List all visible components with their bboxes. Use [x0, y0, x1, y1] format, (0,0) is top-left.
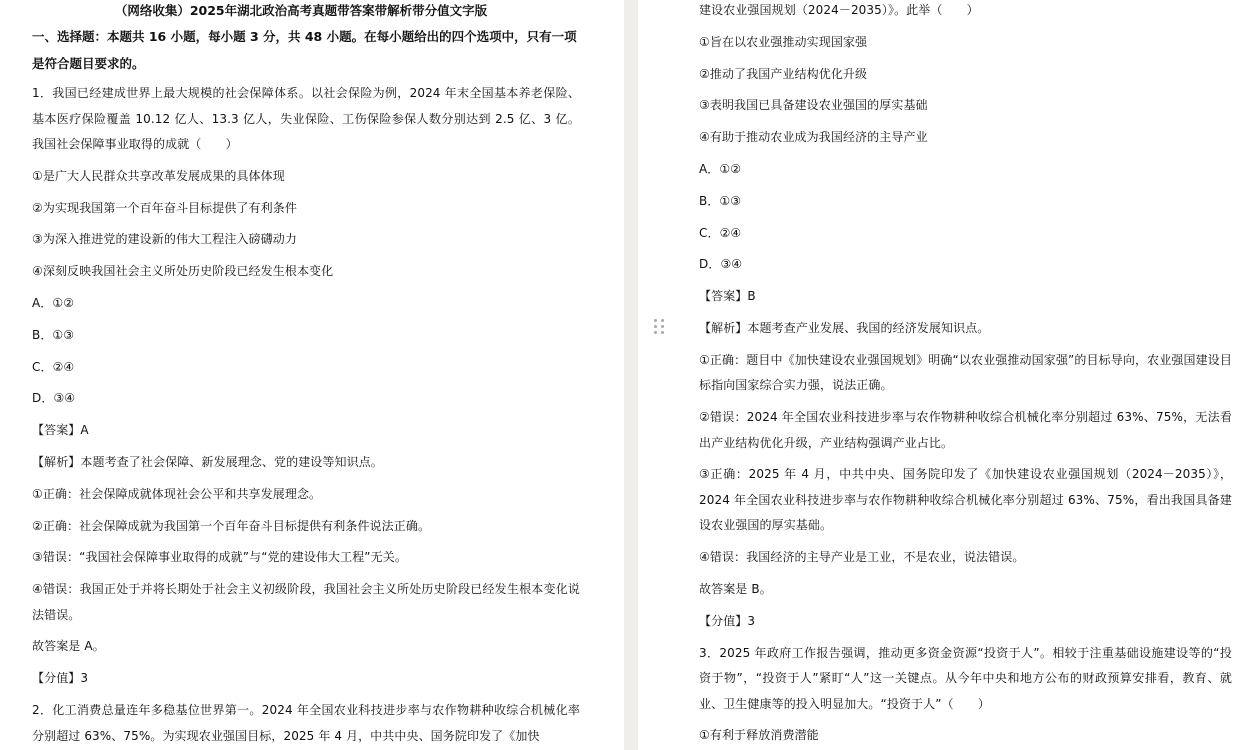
q1-analysis-point-3: ③错误：“我国社会保障事业取得的成就”与“党的建设伟大工程”无关。 [32, 545, 580, 571]
q2-statement-3: ③表明我国已具备建设农业强国的厚实基础 [699, 93, 1232, 119]
drag-dot [654, 325, 657, 328]
document-title: （网络收集）2025年湖北政治高考真题带答案带解析带分值文字版 [32, 3, 580, 19]
q2-answer: 【答案】B [699, 284, 1232, 310]
q2-option-a: A．①② [699, 157, 1232, 183]
q2-statement-1: ①旨在以农业强推动实现国家强 [699, 30, 1232, 56]
q1-conclusion: 故答案是 A。 [32, 634, 580, 660]
q2-score: 【分值】3 [699, 609, 1232, 635]
question-2-stem-end: 建设农业强国规划（2024－2035）》。此举（ ） [699, 0, 1232, 24]
drag-dot [654, 331, 657, 334]
question-3-stem: 3．2025 年政府工作报告强调，推动更多资金资源“投资于人”。相较于注重基础设… [699, 641, 1232, 718]
q1-answer: 【答案】A [32, 418, 580, 444]
document-page-left: （网络收集）2025年湖北政治高考真题带答案带解析带分值文字版 一、选择题：本题… [0, 0, 624, 750]
drag-handle-icon[interactable] [654, 319, 666, 335]
q2-analysis-point-4: ④错误：我国经济的主导产业是工业，不是农业，说法错误。 [699, 545, 1232, 571]
q2-analysis-point-2: ②错误：2024 年全国农业科技进步率与农作物耕种收综合机械化率分别超过 63%… [699, 405, 1232, 456]
q2-option-c: C．②④ [699, 221, 1232, 247]
document-page-right: 建设农业强国规划（2024－2035）》。此举（ ） ①旨在以农业强推动实现国家… [638, 0, 1260, 750]
q2-analysis-point-1: ①正确：题目中《加快建设农业强国规划》明确“以农业强推动国家强”的目标导向，农业… [699, 348, 1232, 399]
q1-analysis-point-2: ②正确：社会保障成就为我国第一个百年奋斗目标提供有利条件说法正确。 [32, 514, 580, 540]
drag-dot [661, 331, 664, 334]
q2-conclusion: 故答案是 B。 [699, 577, 1232, 603]
q1-analysis-intro: 【解析】本题考查了社会保障、新发展理念、党的建设等知识点。 [32, 450, 580, 476]
q1-analysis-point-1: ①正确：社会保障成就体现社会公平和共享发展理念。 [32, 482, 580, 508]
q2-analysis-point-3: ③正确：2025 年 4 月，中共中央、国务院印发了《加快建设农业强国规划（20… [699, 462, 1232, 539]
q2-option-d: D．③④ [699, 252, 1232, 278]
q2-statement-2: ②推动了我国产业结构优化升级 [699, 62, 1232, 88]
q2-statement-4: ④有助于推动农业成为我国经济的主导产业 [699, 125, 1232, 151]
question-1-stem: 1．我国已经建成世界上最大规模的社会保障体系。以社会保险为例，2024 年末全国… [32, 81, 580, 158]
q1-statement-3: ③为深入推进党的建设新的伟大工程注入磅礴动力 [32, 227, 580, 253]
q1-option-b: B．①③ [32, 323, 580, 349]
drag-dot [654, 319, 657, 322]
page-separator [624, 0, 638, 750]
question-2-stem-start: 2．化工消费总量连年多稳基位世界第一。2024 年全国农业科技进步率与农作物耕种… [32, 698, 580, 749]
q1-statement-4: ④深刻反映我国社会主义所处历史阶段已经发生根本变化 [32, 259, 580, 285]
q3-statement-1: ①有利于释放消费潜能 [699, 723, 1232, 749]
q1-statement-2: ②为实现我国第一个百年奋斗目标提供了有利条件 [32, 196, 580, 222]
document-viewer: （网络收集）2025年湖北政治高考真题带答案带解析带分值文字版 一、选择题：本题… [0, 0, 1260, 750]
drag-dot [661, 319, 664, 322]
q1-option-d: D．③④ [32, 386, 580, 412]
q1-option-a: A．①② [32, 291, 580, 317]
q1-statement-1: ①是广大人民群众共享改革发展成果的具体体现 [32, 164, 580, 190]
q1-score: 【分值】3 [32, 666, 580, 692]
drag-dot [661, 325, 664, 328]
section-heading: 一、选择题：本题共 16 小题，每小题 3 分，共 48 小题。在每小题给出的四… [32, 23, 580, 77]
q1-option-c: C．②④ [32, 355, 580, 381]
q1-analysis-point-4: ④错误：我国正处于并将长期处于社会主义初级阶段，我国社会主义所处历史阶段已经发生… [32, 577, 580, 628]
q2-analysis-intro: 【解析】本题考查产业发展、我国的经济发展知识点。 [699, 316, 1232, 342]
q2-option-b: B．①③ [699, 189, 1232, 215]
